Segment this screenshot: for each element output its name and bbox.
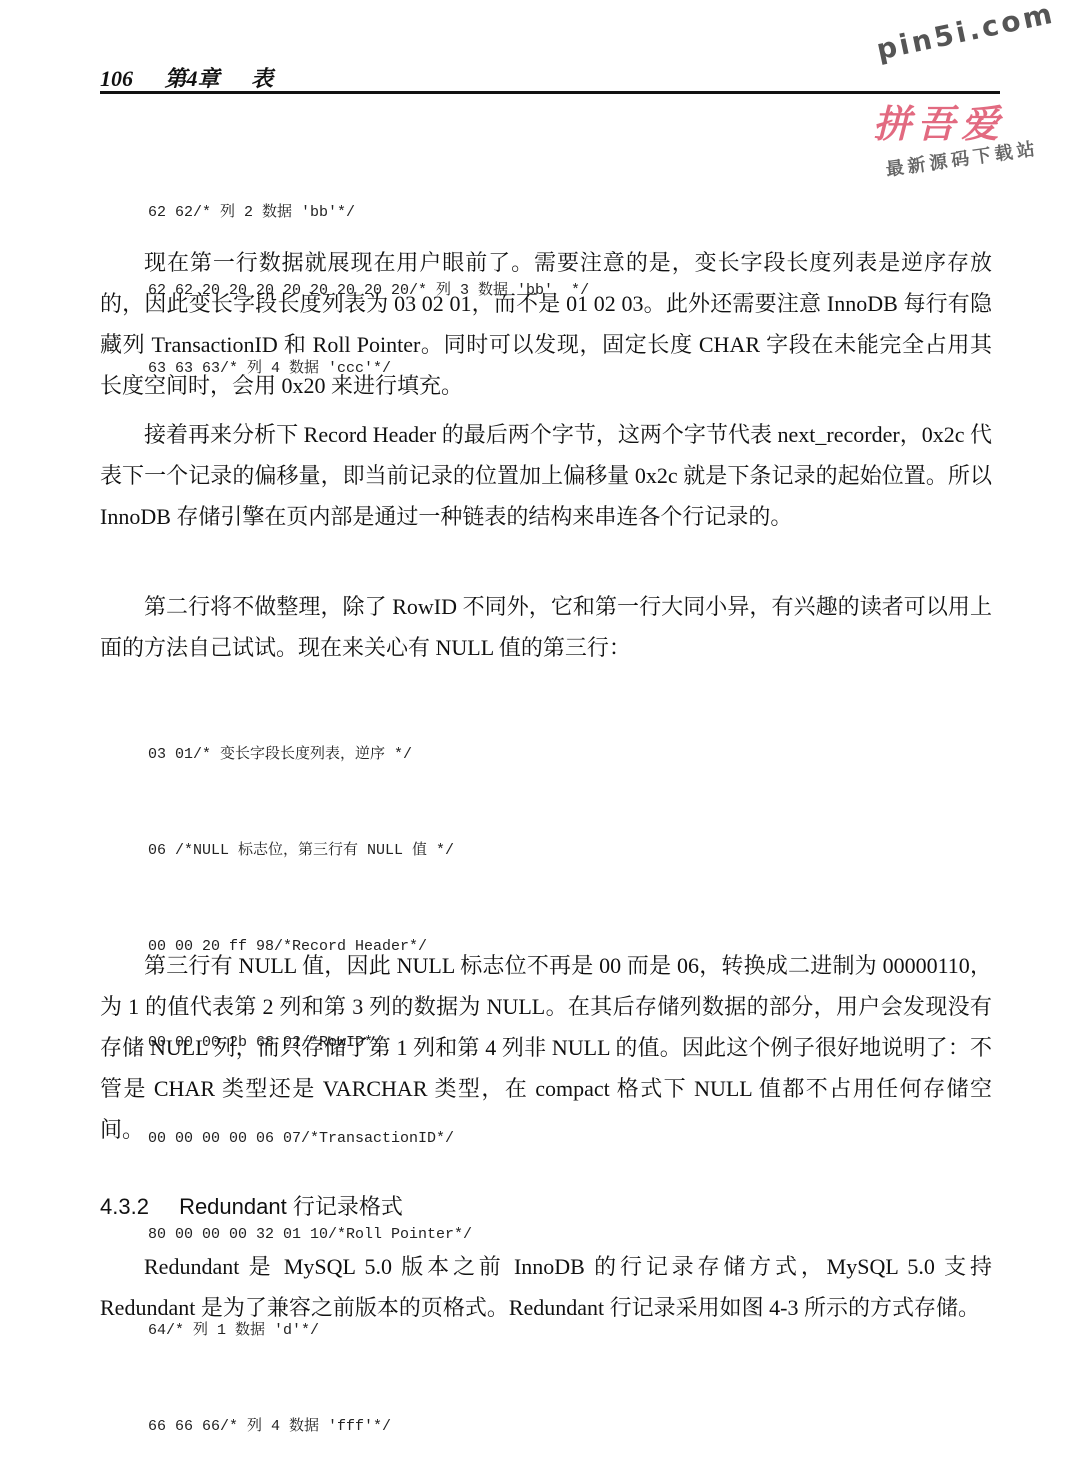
code-line: 62 62/* 列 2 数据 'bb'*/ bbox=[148, 200, 589, 226]
code-line: 06 /*NULL 标志位，第三行有 NULL 值 */ bbox=[148, 835, 472, 867]
watermark-brand: 拼吾爱 bbox=[873, 93, 1005, 148]
paragraph: 现在第一行数据就展现在用户眼前了。需要注意的是，变长字段长度列表是逆序存放的，因… bbox=[100, 242, 992, 406]
paragraph: 第三行有 NULL 值，因此 NULL 标志位不再是 00 而是 06，转换成二… bbox=[100, 945, 992, 1150]
code-line: 03 01/* 变长字段长度列表，逆序 */ bbox=[148, 739, 472, 771]
chapter-label: 第4章 bbox=[165, 66, 220, 91]
chapter-title: 表 bbox=[251, 66, 273, 91]
paragraph: 第二行将不做整理，除了 RowID 不同外，它和第一行大同小异，有兴趣的读者可以… bbox=[100, 586, 992, 668]
page-number: 106 bbox=[100, 66, 133, 91]
paragraph: Redundant 是 MySQL 5.0 版本之前 InnoDB 的行记录存储… bbox=[100, 1246, 992, 1328]
code-line: 66 66 66/* 列 4 数据 'fff'*/ bbox=[148, 1411, 472, 1443]
section-heading: 4.3.2 Redundant 行记录格式 bbox=[100, 1190, 403, 1221]
section-number: 4.3.2 bbox=[100, 1194, 149, 1219]
paragraph: 接着再来分析下 Record Header 的最后两个字节，这两个字节代表 ne… bbox=[100, 414, 992, 537]
section-title: Redundant 行记录格式 bbox=[179, 1194, 403, 1219]
watermark-stamp: pin5i.com 拼吾爱 最新源码下载站 bbox=[845, 5, 1045, 195]
